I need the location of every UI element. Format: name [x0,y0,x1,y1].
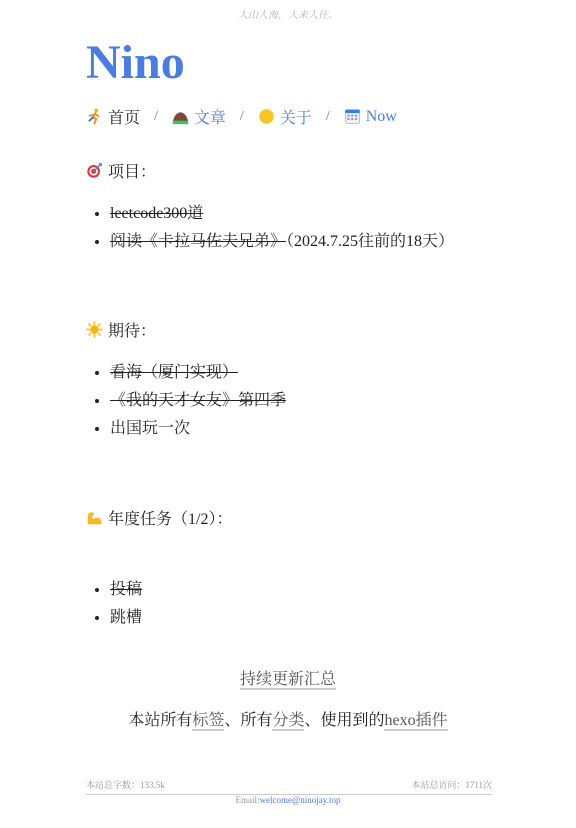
list-item: 《我的天才女友》第四季 [110,387,286,415]
nav-separator: / [240,109,244,125]
nav-item-label: Now [366,108,397,126]
sun-sparkle-icon [86,321,103,338]
categories-link[interactable]: 分类 [272,712,304,731]
mountain-icon [172,108,189,125]
nav-separator: / [154,109,158,125]
nav-item-label: 关于 [280,105,312,128]
list-item: leetcode300道 [110,200,454,228]
visit-count: 本站总访问：1711次 [411,778,492,791]
nav-item-now[interactable]: Now [344,108,397,126]
target-icon [86,162,103,179]
footer-email: Email:welcome@ninojay.top [0,795,576,805]
annual-list: 投稿 跳槽 [86,576,142,632]
word-count: 本站总字数：133.5k [86,778,165,791]
site-motto: 人山人海，人来人往。 [0,6,576,21]
email-link[interactable]: welcome@ninojay.top [260,795,341,805]
expectations-list: 看海（厦门实现） 《我的天才女友》第四季 出国玩一次 [86,359,286,443]
calendar-icon [344,108,361,125]
projects-list: leetcode300道 阅读《卡拉马佐夫兄弟》（2024.7.25往前的18天… [86,200,454,256]
nav-separator: / [326,109,330,125]
section-title-annual: 年度任务（1/2）： [86,506,232,529]
summary-line: 本站所有标签、所有分类、使用到的hexo插件 [0,707,576,730]
list-item: 阅读《卡拉马佐夫兄弟》（2024.7.25往前的18天） [110,228,454,256]
nav-item-about[interactable]: 关于 [258,105,312,128]
nav-item-label: 首页 [108,105,140,128]
section-title-expectations: 期待： [86,318,156,341]
section-title-projects: 项目： [86,159,156,182]
list-item: 出国玩一次 [110,415,286,443]
main-nav: 首页 / 文章 / 关于 / Now [86,105,397,128]
nav-item-label: 文章 [194,105,226,128]
hexo-plugins-link[interactable]: hexo插件 [384,712,447,731]
tags-link[interactable]: 标签 [192,712,224,731]
sun-icon [258,108,275,125]
flexed-biceps-icon [86,509,103,526]
runner-icon [86,108,103,125]
list-item: 跳槽 [110,604,142,632]
list-item: 看海（厦门实现） [110,359,286,387]
summary-link[interactable]: 持续更新汇总 [240,671,336,690]
site-title[interactable]: Nino [86,34,185,92]
list-item: 投稿 [110,576,142,604]
footer-stats: 本站总字数：133.5k 本站总访问：1711次 [86,778,492,795]
summary-link-row: 持续更新汇总 [0,666,576,689]
nav-item-articles[interactable]: 文章 [172,105,226,128]
nav-item-home[interactable]: 首页 [86,105,140,128]
